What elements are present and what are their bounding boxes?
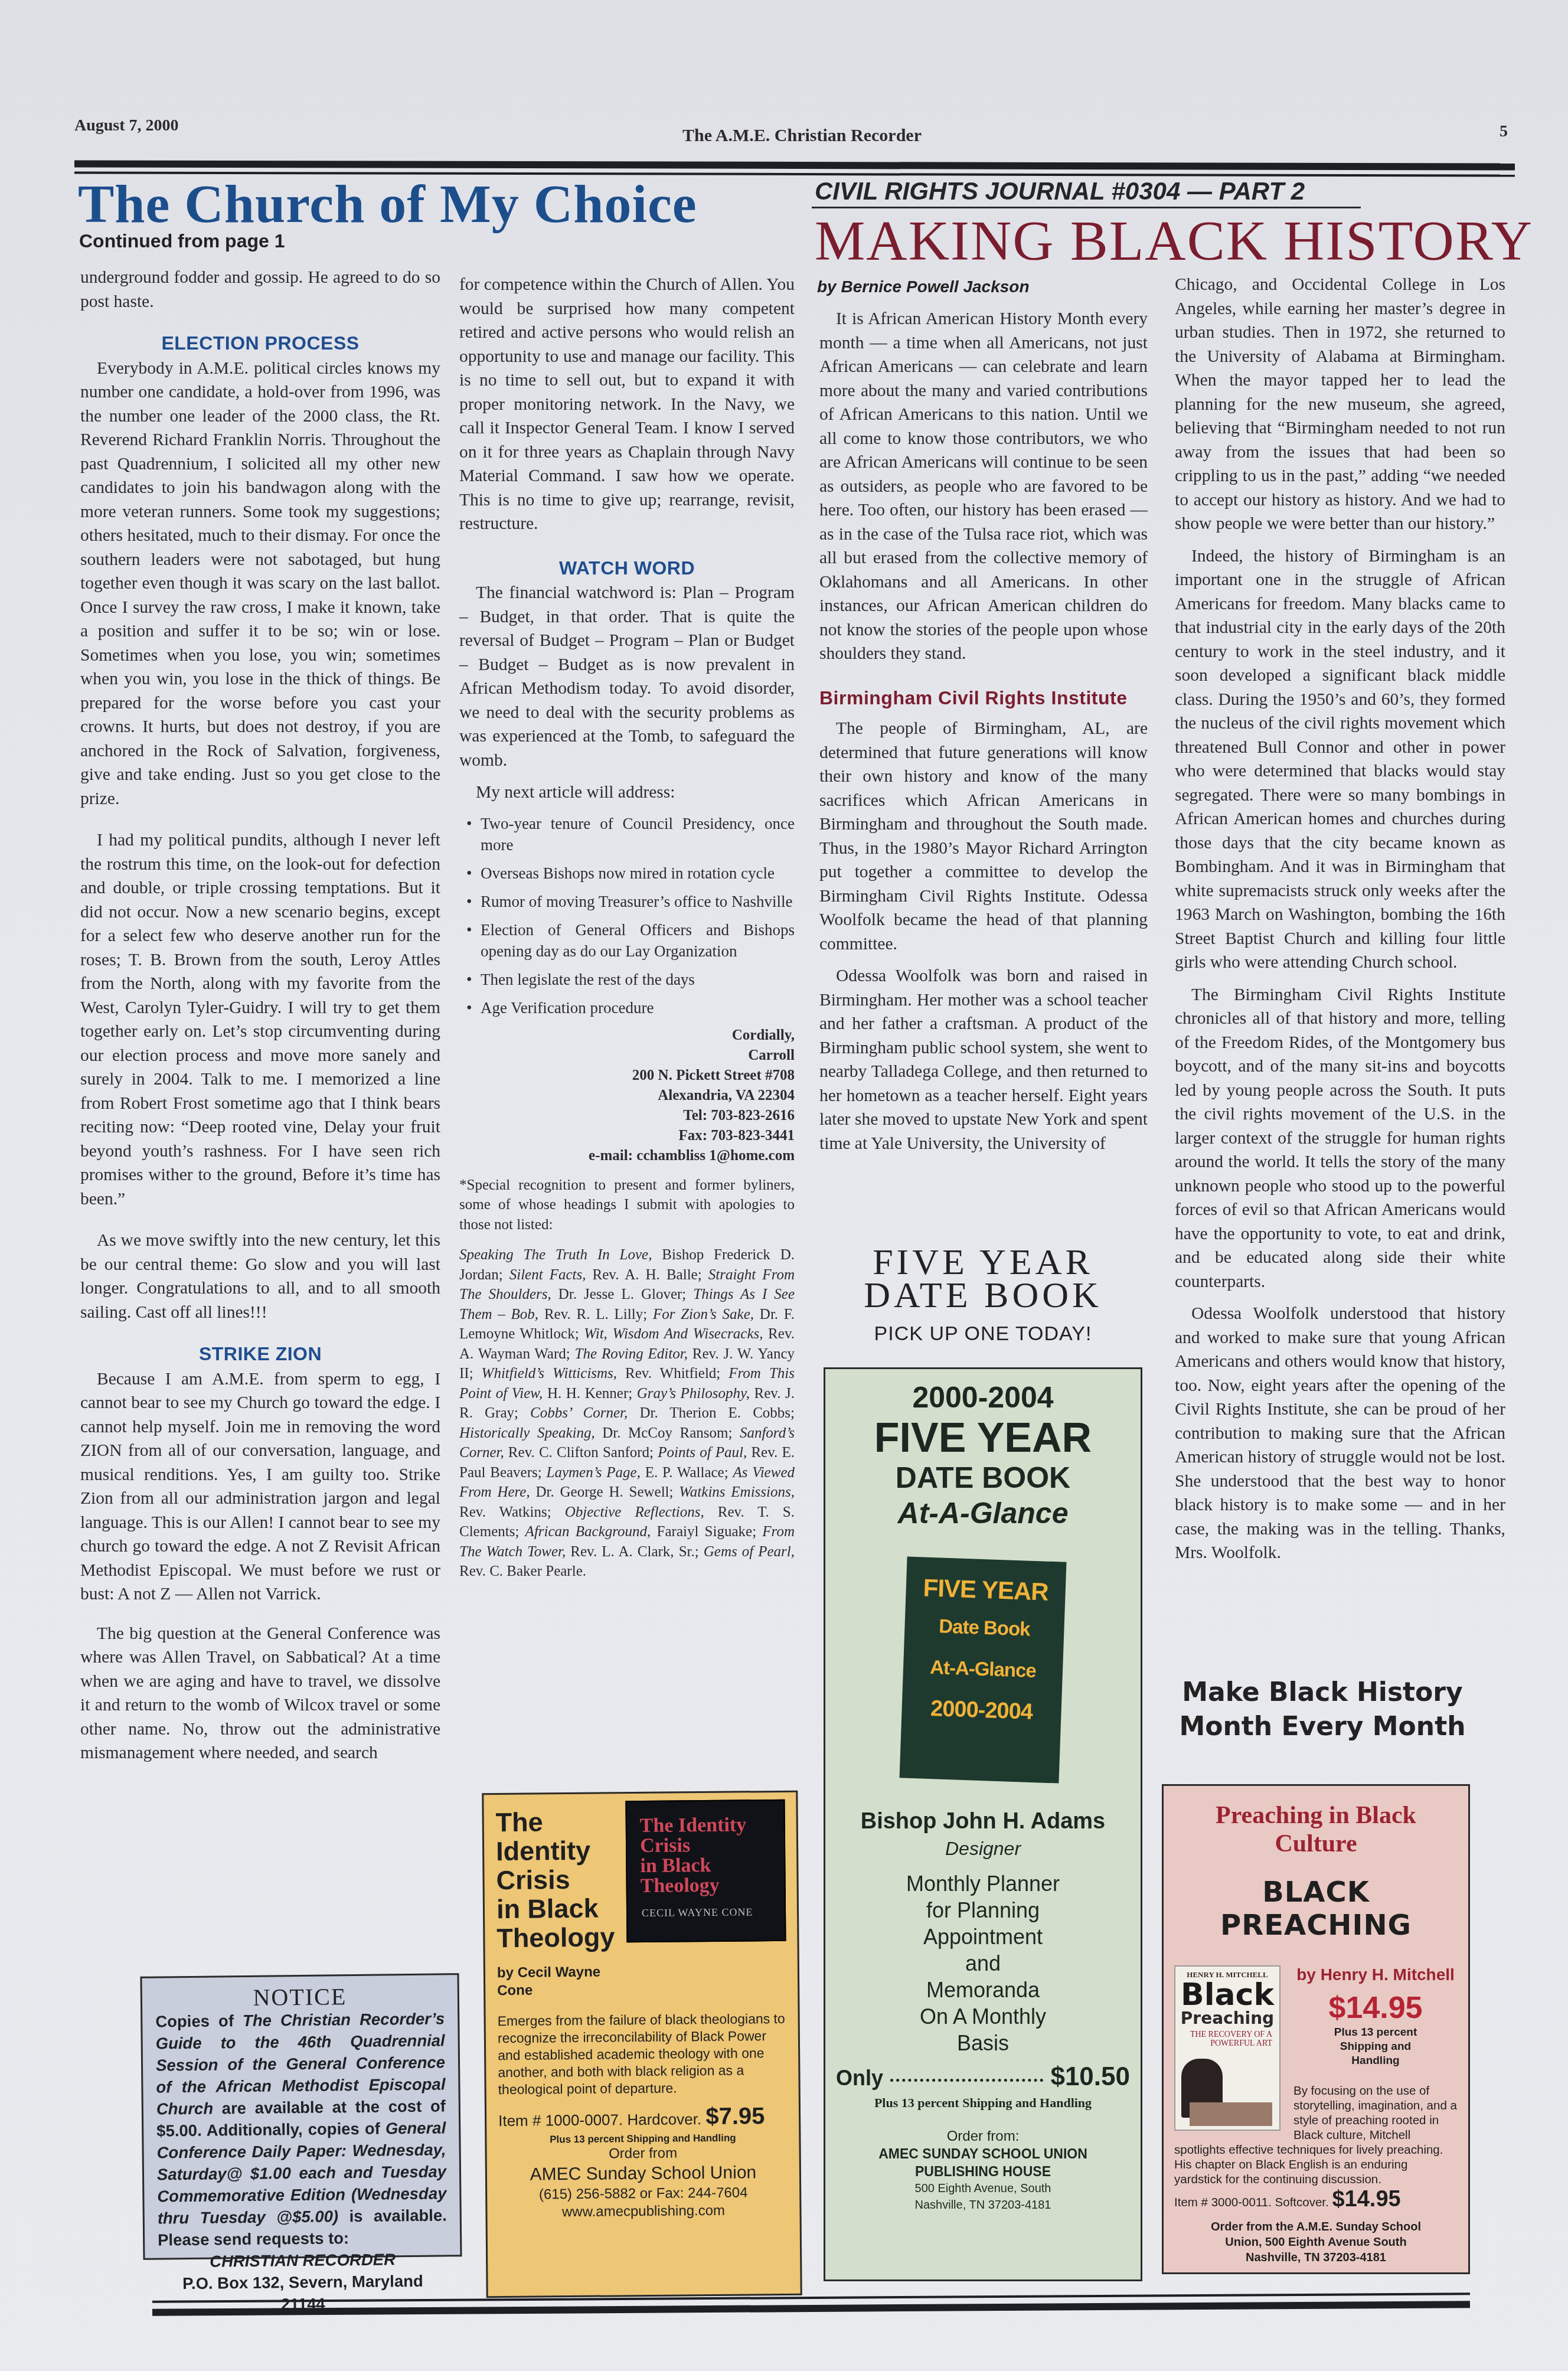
columnist: Dr. McCoy Ransom; — [595, 1425, 740, 1441]
cover-line: Date Book — [904, 1601, 1065, 1648]
order-info: Order from the A.M.E. Sunday School Unio… — [1174, 2219, 1458, 2265]
subhead-watch-word: WATCH WORD — [459, 556, 795, 580]
column-title: Objective Reflections, — [565, 1504, 704, 1520]
columnist: Rev. Whitfield; — [617, 1366, 729, 1382]
paragraph: underground fodder and gossip. He agreed… — [80, 266, 440, 313]
column-title: Historically Speaking, — [459, 1425, 595, 1441]
price-line: Only $10.50 — [836, 2062, 1130, 2092]
church-article-column-1: underground fodder and gossip. He agreed… — [80, 266, 440, 1774]
notice-org: CHRISTIAN RECORDER — [158, 2248, 447, 2272]
signoff-city: Alexandria, VA 22304 — [459, 1086, 795, 1106]
slogan-line: Month Every Month — [1169, 1710, 1476, 1744]
column-title: The Roving Editor, — [575, 1346, 688, 1362]
book-title: BLACK PREACHING — [1174, 1876, 1458, 1942]
black-preaching-ad: Preaching in Black Culture BLACK PREACHI… — [1162, 1784, 1470, 2274]
cover-line: FIVE YEAR — [906, 1556, 1066, 1606]
cover-title: The Identity Crisis in Black Theology — [626, 1801, 784, 1896]
book-description: Emerges from the failure of black theolo… — [498, 2010, 787, 2098]
issue-date: August 7, 2000 — [74, 116, 179, 135]
ad-body: HENRY H. MITCHELL Black Preaching THE RE… — [1174, 1965, 1458, 2265]
columnist: Rev. A. H. Balle; — [586, 1267, 708, 1283]
cover-title-line: Theology — [641, 1875, 785, 1896]
item-price: $14.95 — [1332, 2187, 1400, 2212]
leader-dots — [890, 2079, 1043, 2082]
article-title-making-black-history: MAKING BLACK HISTORY — [815, 208, 1533, 273]
signoff-line: Cordially, — [459, 1026, 795, 1046]
shipping-note: Plus 13 percent Shipping and Handling — [836, 2095, 1130, 2111]
designer-label: Designer — [836, 1838, 1130, 1860]
columnist: Dr. George H. Sewell; — [530, 1484, 680, 1500]
cover-subtitle: THE RECOVERY OF A POWERFUL ART — [1175, 2030, 1279, 2048]
order-from-label: Order from — [498, 2144, 787, 2164]
slogan: Make Black History Month Every Month — [1169, 1676, 1476, 1744]
columnist: Rev. L. A. Clark, Sr.; — [566, 1544, 703, 1560]
price: $10.50 — [1050, 2062, 1130, 2092]
cover-author: CECIL WAYNE CONE — [628, 1895, 785, 1919]
identity-crisis-ad: The Identity Crisis in Black Theology by… — [482, 1791, 802, 2298]
subhead-strike-zion: STRIKE ZION — [80, 1342, 440, 1366]
paragraph: Because I am A.M.E. from sperm to egg, I… — [80, 1367, 440, 1606]
notice-title: NOTICE — [155, 1984, 445, 2009]
publication-name: The A.M.E. Christian Recorder — [682, 126, 922, 146]
column-title: Points of Paul, — [658, 1445, 747, 1461]
column-title: For Zion’s Sake, — [653, 1307, 754, 1322]
item-number: Item # 3000-0011. Softcover. — [1174, 2196, 1329, 2209]
paragraph: for competence within the Church of Alle… — [459, 273, 795, 536]
honor-list: Speaking The Truth In Love, Bishop Frede… — [459, 1245, 795, 1582]
paragraph: Chicago, and Occidental College in Los A… — [1175, 273, 1505, 536]
paragraph: The big question at the General Conferen… — [80, 1622, 440, 1765]
article-title-church: The Church of My Choice — [78, 172, 697, 235]
cover-line: 2000-2004 — [901, 1684, 1062, 1730]
column-title: Laymen’s Page, — [547, 1465, 641, 1481]
column-title: Speaking The Truth In Love, — [459, 1247, 652, 1263]
columnist: Faraiyl Siguake; — [651, 1524, 762, 1540]
planner-description: Monthly Planner for Planning Appointment… — [836, 1870, 1130, 2056]
datebook-cover-image: FIVE YEAR Date Book At-A-Glance 2000-200… — [900, 1556, 1067, 1783]
header-rule-thick — [74, 160, 1515, 170]
price: $7.95 — [705, 2103, 765, 2130]
paragraph: Everybody in A.M.E. political circles kn… — [80, 357, 440, 811]
book-cover-image: HENRY H. MITCHELL Black Preaching THE RE… — [1174, 1965, 1280, 2131]
only-label: Only — [836, 2066, 883, 2091]
paragraph: It is African American History Month eve… — [819, 307, 1148, 666]
item-number: Item # 1000-0007. Hardcover. — [498, 2110, 701, 2130]
datebook-at-a-glance: At-A-Glance — [836, 1495, 1130, 1531]
columnist: E. P. Wallace; — [641, 1465, 733, 1481]
datebook-ad: 2000-2004 FIVE YEAR DATE BOOK At-A-Glanc… — [824, 1367, 1142, 2281]
planner-line: and — [836, 1950, 1130, 1977]
recognition-block: *Special recognition to present and form… — [459, 1175, 795, 1582]
paragraph: The financial watchword is: Plan – Progr… — [459, 581, 795, 772]
publisher-street: 500 Eighth Avenue, South — [836, 2180, 1130, 2197]
topic-item: Rumor of moving Treasurer’s office to Na… — [465, 891, 795, 912]
order-from-label: Order from: — [836, 2128, 1130, 2145]
column-title: Gray’s Philosophy, — [637, 1386, 750, 1402]
planner-line: Monthly Planner — [836, 1870, 1130, 1897]
notice-text: Copies of — [155, 2011, 243, 2031]
notice-box: NOTICE Copies of The Christian Recorder’… — [141, 1973, 462, 2260]
cover-title-line: in Black — [640, 1855, 784, 1876]
columnist: Dr. Therion E. Cobbs; — [628, 1405, 795, 1421]
designer-name: Bishop John H. Adams — [836, 1809, 1130, 1834]
planner-line: On A Monthly — [836, 2003, 1130, 2030]
book-cover-image: The Identity Crisis in Black Theology CE… — [625, 1800, 786, 1942]
column-title: African Background, — [525, 1524, 651, 1540]
columnist: Rev. R. L. Lilly; — [538, 1307, 653, 1322]
datebook-five-year: FIVE YEAR — [836, 1415, 1130, 1460]
publisher-phone: (615) 256-5882 or Fax: 244-7604 — [499, 2184, 788, 2204]
item-line: Item # 3000-0011. Softcover. $14.95 — [1174, 2187, 1458, 2212]
continued-from-label: Continued from page 1 — [79, 230, 285, 252]
headline-line: FIVE YEAR — [827, 1246, 1139, 1279]
book-author: by Cecil Wayne Cone — [497, 1963, 633, 2000]
cover-title-line: The Identity — [640, 1815, 784, 1836]
paragraph: Odessa Woolfolk understood that history … — [1175, 1302, 1505, 1565]
columnist: H. H. Kenner; — [543, 1386, 636, 1402]
paragraph: Odessa Woolfolk was born and raised in B… — [819, 964, 1148, 1155]
mbh-article-column-1: It is African American History Month eve… — [819, 307, 1148, 1164]
series-kicker: CIVIL RIGHTS JOURNAL #0304 — PART 2 — [815, 177, 1305, 205]
cover-title: Black — [1175, 1980, 1279, 2010]
recognition-intro: *Special recognition to present and form… — [459, 1175, 795, 1235]
datebook-subhead: PICK UP ONE TODAY! — [827, 1322, 1139, 1345]
cover-title-line: Crisis — [640, 1835, 784, 1856]
publisher-name: AMEC SUNDAY SCHOOL UNION — [836, 2145, 1130, 2163]
columnist: Dr. Jesse L. Glover; — [551, 1286, 694, 1302]
mbh-article-column-2: Chicago, and Occidental College in Los A… — [1175, 273, 1505, 1573]
next-article-topics: Two-year tenure of Council Presidency, o… — [465, 813, 795, 1018]
signoff-address: 200 N. Pickett Street #708 — [459, 1066, 795, 1086]
datebook-headline: FIVE YEAR DATE BOOK PICK UP ONE TODAY! — [827, 1246, 1139, 1345]
signoff-email[interactable]: e-mail: cchambliss 1@home.com — [459, 1146, 795, 1166]
paragraph: Indeed, the history of Birmingham is an … — [1175, 544, 1505, 975]
publisher-website[interactable]: www.amecpublishing.com — [499, 2202, 788, 2222]
cover-line: At-A-Glance — [903, 1642, 1063, 1689]
series-title: Preaching in Black Culture — [1174, 1801, 1458, 1858]
columnist: Rev. C. Baker Pearle. — [459, 1563, 586, 1579]
headline-line: DATE BOOK — [827, 1279, 1139, 1312]
topic-item: Election of General Officers and Bishops… — [465, 919, 795, 962]
column-title: Gems of Pearl, — [704, 1544, 795, 1560]
topic-item: Age Verification procedure — [465, 997, 795, 1018]
column-title: Whitfield’s Witticisms, — [482, 1366, 618, 1382]
newspaper-page: August 7, 2000 The A.M.E. Christian Reco… — [0, 0, 1568, 2371]
church-article-column-2: for competence within the Church of Alle… — [459, 273, 795, 1590]
columnist: Rev. Watkins; — [459, 1504, 565, 1520]
topic-item: Two-year tenure of Council Presidency, o… — [465, 813, 795, 855]
paragraph: I had my political pundits, although I n… — [80, 828, 440, 1211]
planner-line: for Planning — [836, 1897, 1130, 1923]
datebook-years: 2000-2004 — [836, 1380, 1130, 1415]
planner-line: Basis — [836, 2030, 1130, 2056]
publisher-house: PUBLISHING HOUSE — [836, 2163, 1130, 2180]
columnist: Rev. C. Clifton Sanford; — [504, 1445, 658, 1461]
planner-line: Memoranda — [836, 1977, 1130, 2003]
paragraph: My next article will address: — [459, 780, 795, 805]
signoff-phone: Tel: 703-823-2616 — [459, 1106, 795, 1126]
page-number: 5 — [1500, 122, 1508, 141]
order-line: Order from the A.M.E. Sunday School — [1174, 2219, 1458, 2235]
byline: by Bernice Powell Jackson — [817, 277, 1030, 296]
topic-item: Overseas Bishops now mired in rotation c… — [465, 863, 795, 884]
item-line: Item # 1000-0007. Hardcover. $7.95 — [498, 2103, 787, 2132]
column-title: Silent Facts, — [509, 1267, 586, 1283]
author-signoff: Cordially, Carroll 200 N. Pickett Street… — [459, 1026, 795, 1166]
notice-body: Copies of The Christian Recorder’s Guide… — [155, 2007, 447, 2251]
datebook-date-book: DATE BOOK — [836, 1460, 1130, 1495]
subhead-election-process: ELECTION PROCESS — [80, 331, 440, 355]
column-title: Watkins Emissions, — [679, 1484, 795, 1500]
signoff-fax: Fax: 703-823-3441 — [459, 1126, 795, 1146]
cover-title: Preaching — [1175, 2010, 1279, 2027]
topic-item: Then legislate the rest of the days — [465, 969, 795, 990]
paragraph: The Birmingham Civil Rights Institute ch… — [1175, 983, 1505, 1294]
column-title: Wit, Wisdom And Wisecracks, — [584, 1326, 763, 1342]
order-line: Nashville, TN 37203-4181 — [1174, 2250, 1458, 2265]
pulpit-icon — [1190, 2102, 1272, 2126]
subhead-birmingham-institute: Birmingham Civil Rights Institute — [819, 686, 1148, 710]
signoff-author: Carroll — [459, 1046, 795, 1066]
paragraph: As we move swiftly into the new century,… — [80, 1229, 440, 1324]
column-title: Cobbs’ Corner, — [530, 1405, 628, 1421]
order-line: Union, 500 Eighth Avenue South — [1174, 2235, 1458, 2250]
publisher-name: AMEC Sunday School Union — [499, 2161, 788, 2186]
paragraph: The people of Birmingham, AL, are determ… — [819, 717, 1148, 956]
publisher-city: Nashville, TN 37203-4181 — [836, 2197, 1130, 2213]
planner-line: Appointment — [836, 1923, 1130, 1950]
slogan-line: Make Black History — [1169, 1676, 1476, 1710]
